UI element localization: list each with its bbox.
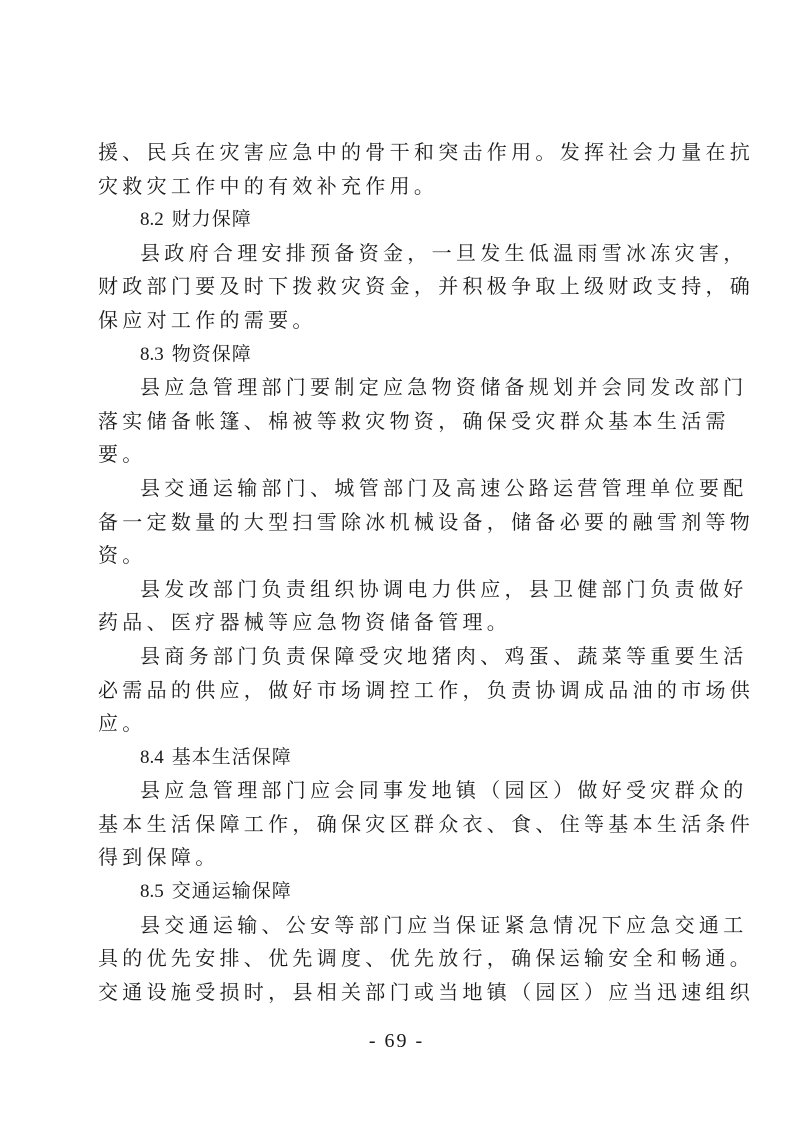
section-number: 8.5 — [140, 881, 164, 902]
paragraph-first-line: 县交通运输、公安等部门应当保证紧急情况下应急交通工 — [98, 909, 698, 943]
body-line: 资。 — [98, 539, 698, 573]
body-line: 交通设施受损时，县相关部门或当地镇（园区）应当迅速组织 — [98, 976, 698, 1010]
paragraph-first-line: 县商务部门负责保障受灾地猪肉、鸡蛋、蔬菜等重要生活 — [98, 640, 698, 674]
section-number: 8.2 — [140, 209, 164, 230]
section-number: 8.4 — [140, 747, 164, 768]
body-line: 保应对工作的需要。 — [98, 304, 698, 338]
document-body: 援、民兵在灾害应急中的骨干和突击作用。发挥社会力量在抗 灾救灾工作中的有效补充作… — [98, 136, 698, 1009]
body-line: 得到保障。 — [98, 841, 698, 875]
section-heading-8-5: 8.5交通运输保障 — [98, 875, 698, 909]
body-line: 备一定数量的大型扫雪除冰机械设备，储备必要的融雪剂等物 — [98, 506, 698, 540]
section-title: 物资保障 — [172, 343, 252, 365]
section-heading-8-2: 8.2财力保障 — [98, 203, 698, 237]
section-heading-8-3: 8.3物资保障 — [98, 338, 698, 372]
body-line: 灾救灾工作中的有效补充作用。 — [98, 170, 698, 204]
paragraph-first-line: 县应急管理部门要制定应急物资储备规划并会同发改部门 — [98, 371, 698, 405]
body-line: 药品、医疗器械等应急物资储备管理。 — [98, 606, 698, 640]
document-page: 援、民兵在灾害应急中的骨干和突击作用。发挥社会力量在抗 灾救灾工作中的有效补充作… — [0, 0, 793, 1122]
section-number: 8.3 — [140, 344, 164, 365]
body-line: 财政部门要及时下拨救灾资金，并积极争取上级财政支持，确 — [98, 270, 698, 304]
paragraph-first-line: 县发改部门负责组织协调电力供应，县卫健部门负责做好 — [98, 573, 698, 607]
body-line: 具的优先安排、优先调度、优先放行，确保运输安全和畅通。 — [98, 942, 698, 976]
body-line: 落实储备帐篷、棉被等救灾物资，确保受灾群众基本生活需 — [98, 405, 698, 439]
section-title: 基本生活保障 — [172, 746, 292, 768]
body-line: 必需品的供应，做好市场调控工作，负责协调成品油的市场供 — [98, 674, 698, 708]
section-title: 交通运输保障 — [172, 880, 292, 902]
paragraph-first-line: 县应急管理部门应会同事发地镇（园区）做好受灾群众的 — [98, 774, 698, 808]
body-line: 援、民兵在灾害应急中的骨干和突击作用。发挥社会力量在抗 — [98, 136, 698, 170]
body-line: 应。 — [98, 707, 698, 741]
paragraph-first-line: 县交通运输部门、城管部门及高速公路运营管理单位要配 — [98, 472, 698, 506]
section-heading-8-4: 8.4基本生活保障 — [98, 741, 698, 775]
body-line: 基本生活保障工作，确保灾区群众衣、食、住等基本生活条件 — [98, 808, 698, 842]
paragraph-first-line: 县政府合理安排预备资金，一旦发生低温雨雪冰冻灾害， — [98, 237, 698, 271]
page-number: - 69 - — [0, 1030, 793, 1053]
body-line: 要。 — [98, 438, 698, 472]
section-title: 财力保障 — [172, 208, 252, 230]
